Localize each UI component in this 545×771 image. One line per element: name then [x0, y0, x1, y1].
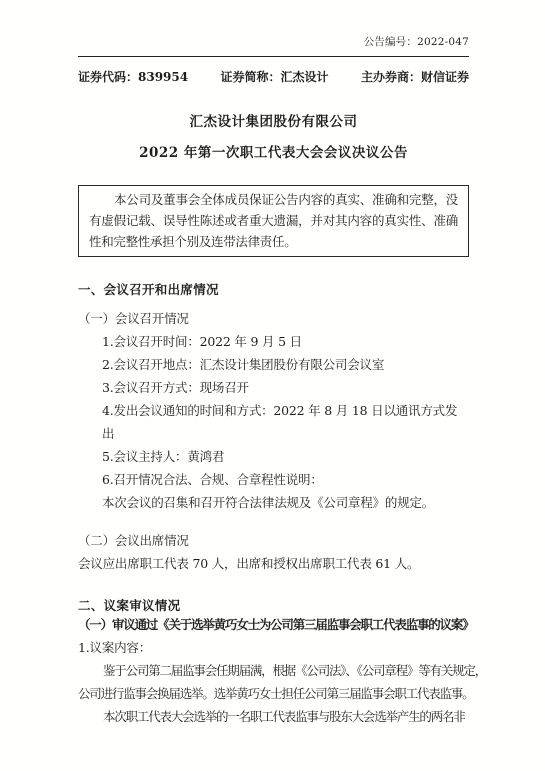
meeting-place-item: 2.会议召开地点：汇杰设计集团股份有限公司会议室 — [78, 353, 469, 376]
meeting-method-item: 3.会议召开方式：现场召开 — [78, 376, 469, 399]
announcement-number: 公告编号：2022-047 — [78, 36, 469, 49]
proposal-paragraph-line: 本次职工代表大会选举的一名职工代表监事与股东大会选举产生的两名非 — [78, 705, 469, 728]
proposal-paragraph-line: 公司进行监事会换届选举。选举黄巧女士担任公司第三届监事会职工代表监事。 — [78, 682, 469, 705]
subsection-1-2-heading: （二）会议出席情况 — [78, 529, 469, 552]
securities-info-row: 证券代码：839954 证券简称：汇杰设计 主办券商：财信证券 — [78, 70, 469, 85]
legality-statement-item: 6.召开情况合法、合规、合章程性说明： — [78, 468, 469, 491]
section-2-heading: 二、议案审议情况 — [78, 599, 469, 613]
section-1-heading: 一、会议召开和出席情况 — [78, 283, 469, 297]
announcement-title: 2022 年第一次职工代表大会会议决议公告 — [78, 145, 469, 162]
legality-note: 本次会议的召集和召开符合法律法规及《公司章程》的规定。 — [78, 491, 469, 514]
stock-abbreviation: 证券简称：汇杰设计 — [221, 70, 329, 85]
notice-time-item: 4.发出会议通知的时间和方式：2022 年 8 月 18 日以通讯方式发出 — [78, 399, 469, 445]
attendance-detail: 会议应出席职工代表 70 人，出席和授权出席职工代表 61 人。 — [78, 552, 469, 575]
disclaimer-box: 本公司及董事会全体成员保证公告内容的真实、准确和完整，没有虚假记载、误导性陈述或… — [78, 185, 469, 257]
company-name-title: 汇杰设计集团股份有限公司 — [78, 114, 469, 131]
proposal-heading: （一）审议通过《关于选举黄巧女士为公司第三届监事会职工代表监事的议案》 — [78, 613, 469, 636]
subsection-1-1-heading: （一）会议召开情况 — [78, 307, 469, 330]
stock-code: 证券代码：839954 — [78, 70, 188, 85]
document-page: 公告编号：2022-047 证券代码：839954 证券简称：汇杰设计 主办券商… — [0, 0, 545, 771]
disclaimer-text: 本公司及董事会全体成员保证公告内容的真实、准确和完整，没有虚假记载、误导性陈述或… — [89, 189, 458, 252]
sponsor-broker: 主办券商：财信证券 — [361, 70, 469, 85]
header-divider — [78, 56, 469, 57]
proposal-content-label: 1.议案内容： — [78, 636, 469, 659]
proposal-paragraph-line: 鉴于公司第二届监事会任期届满，根据《公司法》、《公司章程》等有关规定， — [78, 659, 469, 682]
meeting-time-item: 1.会议召开时间：2022 年 9 月 5 日 — [78, 330, 469, 353]
meeting-host-item: 5.会议主持人：黄鸿君 — [78, 445, 469, 468]
